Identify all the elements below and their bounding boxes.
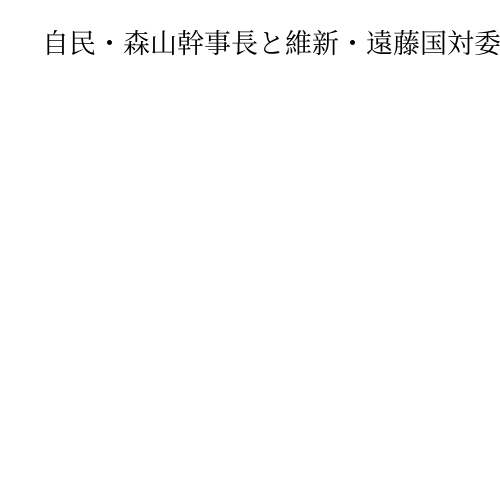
headline-text: 自民・森山幹事長と維新・遠藤国対委員長 [42, 30, 500, 59]
page: 自民・森山幹事長と維新・遠藤国対委員長 [0, 0, 500, 500]
